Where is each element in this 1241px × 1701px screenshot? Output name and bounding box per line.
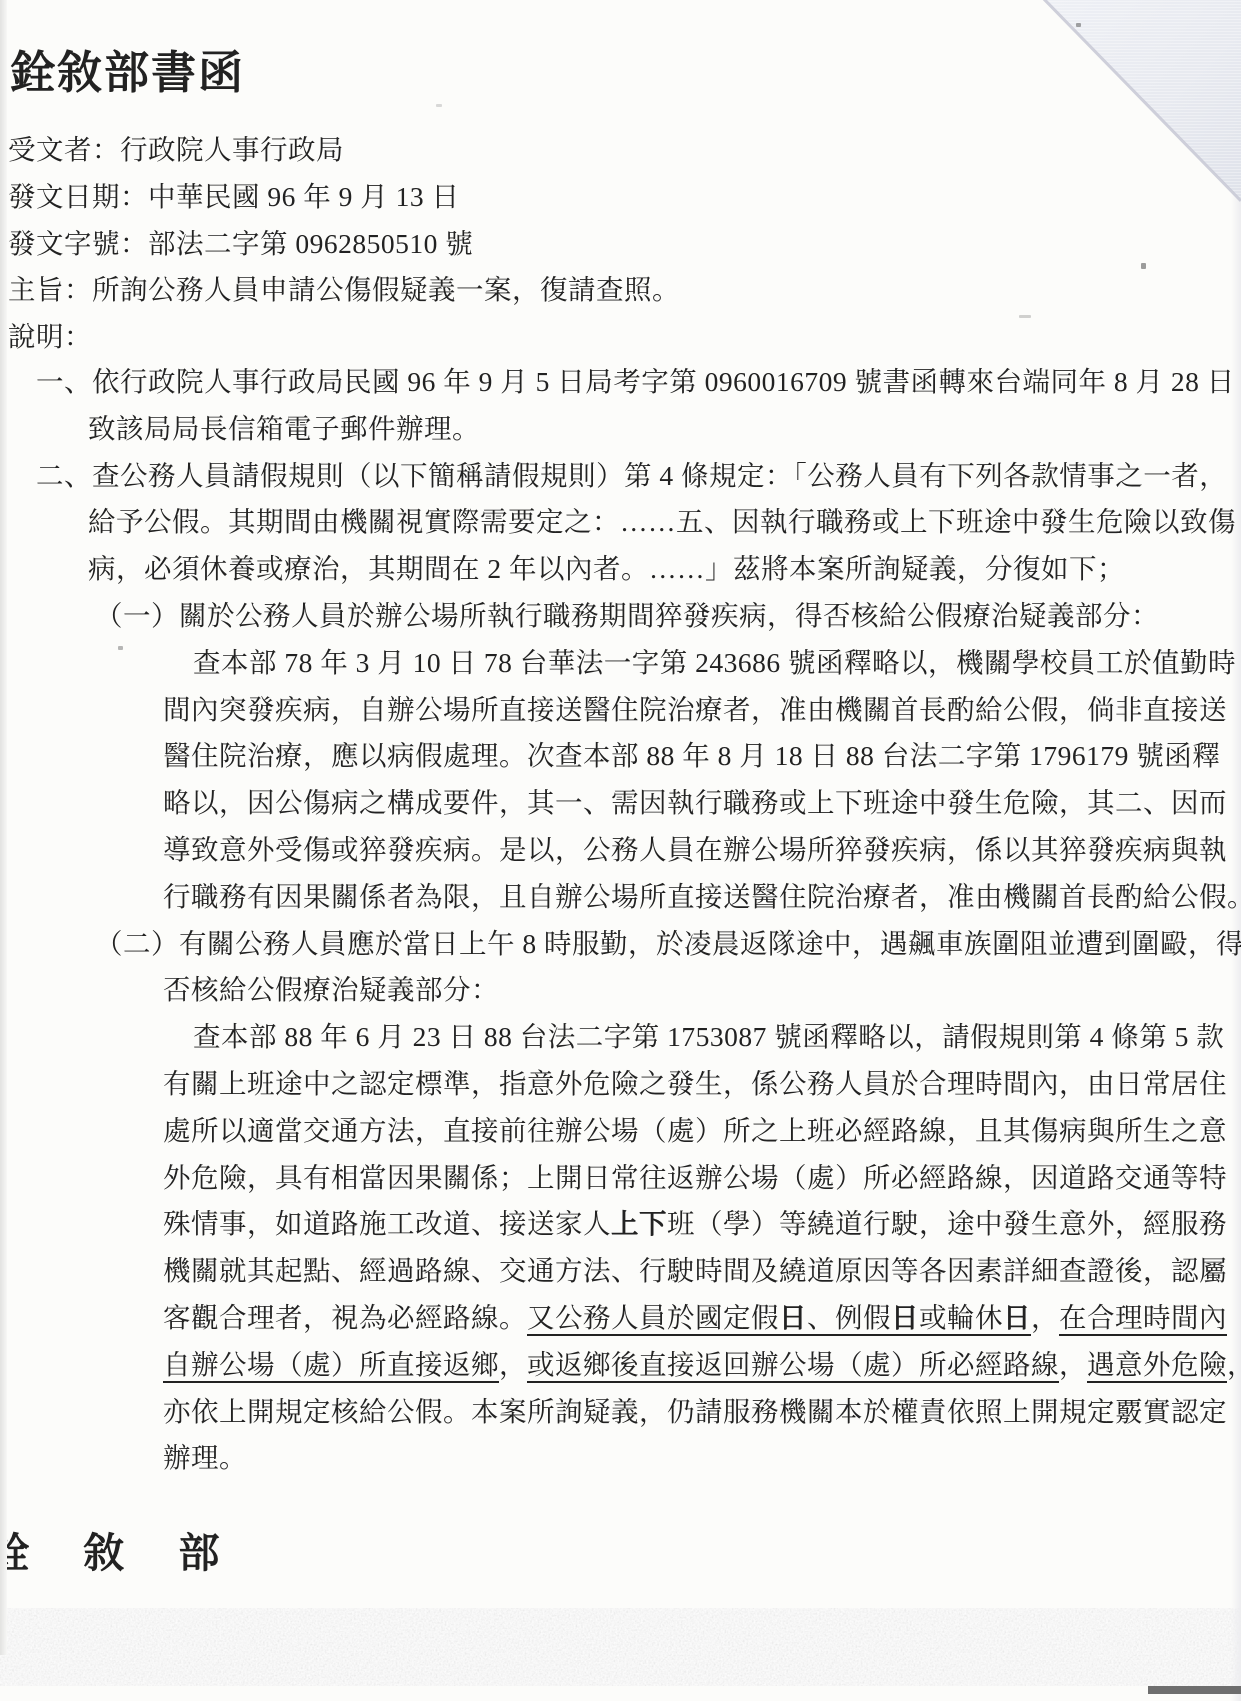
document-title: 銓敘部書函 bbox=[10, 36, 245, 101]
text-segment: 導致意外受傷或猝發疾病。是以，公務人員在辦公場所猝發疾病，係以其猝發疾病與執 bbox=[163, 834, 1227, 865]
text-segment: 醫住院治療，應以病假處理。次查本部 88 年 8 月 18 日 88 台法二字第… bbox=[163, 740, 1220, 771]
text-segment: （二）有關公務人員應於當日上午 8 時服勤，於凌晨返隊途中，遇飆車族圍阻並遭到圍… bbox=[95, 928, 1241, 959]
meta-line: 發文字號：部法二字第 0962850510 號 bbox=[8, 221, 1238, 268]
text-segment: 外危險，具有相當因果關係；上開日常往返辦公場（處）所必經路線，因道路交通等特 bbox=[163, 1162, 1227, 1193]
doc-line: 查本部 78 年 3 月 10 日 78 台華法一字第 243686 號函釋略以… bbox=[193, 640, 1241, 687]
text-segment: 有關上班途中之認定標準，指意外危險之發生，係公務人員於合理時間內，由日常居住 bbox=[163, 1068, 1227, 1099]
text-segment: 日 bbox=[891, 1302, 919, 1336]
doc-line: （一）關於公務人員於辦公場所執行職務期間猝發疾病，得否核給公假療治疑義部分： bbox=[95, 593, 1241, 640]
text-segment: 在合理時間內 bbox=[1059, 1302, 1227, 1336]
doc-line: 亦依上開規定核給公假。本案所詢疑義，仍請服務機關本於權責依照上開規定覈實認定 bbox=[163, 1389, 1241, 1436]
meta-line: 受文者：行政院人事行政局 bbox=[8, 127, 1238, 174]
text-segment: 、例假 bbox=[807, 1302, 891, 1336]
doc-line: 行職務有因果關係者為限，且自辦公場所直接送醫住院治療者，准由機關首長酌給公假。 bbox=[163, 874, 1241, 921]
doc-line: 外危險，具有相當因果關係；上開日常往返辦公場（處）所必經路線，因道路交通等特 bbox=[163, 1155, 1241, 1202]
scan-speck bbox=[1076, 23, 1081, 27]
text-segment: 上下 bbox=[611, 1208, 667, 1239]
text-segment: 間內突發疾病，自辦公場所直接送醫住院治療者，准由機關首長酌給公假，倘非直接送 bbox=[163, 694, 1227, 725]
text-segment: 或返鄉後直接返回辦公場（處）所必經路線 bbox=[527, 1349, 1059, 1383]
scan-speck bbox=[266, 904, 271, 908]
text-segment: 略以，因公傷病之構成要件，其一、需因執行職務或上下班途中發生危險，其二、因而 bbox=[163, 787, 1227, 818]
text-segment: ， bbox=[1031, 1302, 1059, 1333]
scanner-noise-band bbox=[0, 1608, 1241, 1686]
doc-line: 客觀合理者，視為必經路線。又公務人員於國定假日、例假日或輪休日，在合理時間內 bbox=[163, 1295, 1241, 1342]
doc-line: 機關就其起點、經過路線、交通方法、行駛時間及繞道原因等各因素詳細查證後，認屬 bbox=[163, 1248, 1241, 1295]
doc-line: 辦理。 bbox=[163, 1435, 1241, 1482]
body-block: 一、依行政院人事行政局民國 96 年 9 月 5 日局考字第 096001670… bbox=[0, 359, 1241, 1482]
doc-line: 處所以適當交通方法，直接前往辦公場（處）所之上班必經路線，且其傷病與所生之意 bbox=[163, 1108, 1241, 1155]
text-segment: 自辦公場（處）所直接返鄉 bbox=[163, 1349, 499, 1383]
doc-line: 殊情事，如道路施工改道、接送家人上下班（學）等繞道行駛，途中發生意外，經服務 bbox=[163, 1201, 1241, 1248]
scan-speck bbox=[1019, 315, 1031, 318]
text-segment: 病，必須休養或療治，其期間在 2 年以內者。……」茲將本案所詢疑義，分復如下； bbox=[88, 553, 1125, 584]
doc-line: 致該局局長信箱電子郵件辦理。 bbox=[88, 406, 1241, 453]
text-segment: 遇意外危險 bbox=[1087, 1349, 1227, 1383]
text-segment: 或輪休 bbox=[919, 1302, 1003, 1336]
text-segment: 又公務人員於國定假 bbox=[527, 1302, 779, 1336]
meta-line: 主旨：所詢公務人員申請公傷假疑義一案，復請查照。 bbox=[8, 267, 1238, 314]
text-segment: 亦依上開規定核給公假。本案所詢疑義，仍請服務機關本於權責依照上開規定覈實認定 bbox=[163, 1396, 1227, 1427]
doc-line: 自辦公場（處）所直接返鄉，或返鄉後直接返回辦公場（處）所必經路線，遇意外危險， bbox=[163, 1342, 1241, 1389]
doc-line: 導致意外受傷或猝發疾病。是以，公務人員在辦公場所猝發疾病，係以其猝發疾病與執 bbox=[163, 827, 1241, 874]
issuing-agency-signature: 銓 敘 部 bbox=[0, 1520, 242, 1579]
meta-block: 受文者：行政院人事行政局發文日期：中華民國 96 年 9 月 13 日發文字號：… bbox=[8, 127, 1238, 361]
text-segment: 致該局局長信箱電子郵件辦理。 bbox=[88, 413, 480, 444]
text-segment: ， bbox=[499, 1349, 527, 1380]
meta-line: 說明： bbox=[8, 314, 1238, 361]
doc-line: 間內突發疾病，自辦公場所直接送醫住院治療者，准由機關首長酌給公假，倘非直接送 bbox=[163, 687, 1241, 734]
doc-line: 查本部 88 年 6 月 23 日 88 台法二字第 1753087 號函釋略以… bbox=[193, 1014, 1241, 1061]
scan-speck bbox=[118, 646, 123, 650]
scanned-document-page: 銓敘部書函 受文者：行政院人事行政局發文日期：中華民國 96 年 9 月 13 … bbox=[0, 0, 1241, 1701]
doc-line: 病，必須休養或療治，其期間在 2 年以內者。……」茲將本案所詢疑義，分復如下； bbox=[88, 546, 1241, 593]
doc-line: 給予公假。其期間由機關視實際需要定之：……五、因執行職務或上下班途中發生危險以致… bbox=[88, 499, 1241, 546]
text-segment: 處所以適當交通方法，直接前往辦公場（處）所之上班必經路線，且其傷病與所生之意 bbox=[163, 1115, 1227, 1146]
text-segment: 否核給公假療治疑義部分： bbox=[163, 974, 499, 1005]
doc-line: 略以，因公傷病之構成要件，其一、需因執行職務或上下班途中發生危險，其二、因而 bbox=[163, 780, 1241, 827]
text-segment: 給予公假。其期間由機關視實際需要定之：……五、因執行職務或上下班途中發生危險以致… bbox=[88, 506, 1236, 537]
text-segment: ， bbox=[1227, 1349, 1241, 1380]
doc-line: 一、依行政院人事行政局民國 96 年 9 月 5 日局考字第 096001670… bbox=[36, 359, 1241, 406]
text-segment: 日 bbox=[1003, 1302, 1031, 1336]
text-segment: 行職務有因果關係者為限，且自辦公場所直接送醫住院治療者，准由機關首長酌給公假。 bbox=[163, 881, 1241, 912]
text-segment: 一、依行政院人事行政局民國 96 年 9 月 5 日局考字第 096001670… bbox=[36, 366, 1235, 397]
doc-line: 有關上班途中之認定標準，指意外危險之發生，係公務人員於合理時間內，由日常居住 bbox=[163, 1061, 1241, 1108]
doc-line: （二）有關公務人員應於當日上午 8 時服勤，於凌晨返隊途中，遇飆車族圍阻並遭到圍… bbox=[95, 921, 1241, 968]
scan-edge-bar bbox=[1148, 1686, 1241, 1694]
text-segment: 查本部 78 年 3 月 10 日 78 台華法一字第 243686 號函釋略以… bbox=[193, 647, 1236, 678]
text-segment: 查本部 88 年 6 月 23 日 88 台法二字第 1753087 號函釋略以… bbox=[193, 1021, 1224, 1052]
meta-line: 發文日期：中華民國 96 年 9 月 13 日 bbox=[8, 174, 1238, 221]
text-segment: 客觀合理者，視為必經路線。 bbox=[163, 1302, 527, 1333]
doc-line: 醫住院治療，應以病假處理。次查本部 88 年 8 月 18 日 88 台法二字第… bbox=[163, 733, 1241, 780]
scan-speck bbox=[436, 104, 442, 107]
scan-speck bbox=[1141, 263, 1146, 269]
text-segment: 班（學）等繞道行駛，途中發生意外，經服務 bbox=[667, 1208, 1227, 1239]
text-segment: 辦理。 bbox=[163, 1442, 247, 1473]
doc-line: 否核給公假療治疑義部分： bbox=[163, 967, 1241, 1014]
text-segment: （一）關於公務人員於辦公場所執行職務期間猝發疾病，得否核給公假療治疑義部分： bbox=[95, 600, 1159, 631]
text-segment: 二、查公務人員請假規則（以下簡稱請假規則）第 4 條規定：「公務人員有下列各款情… bbox=[36, 460, 1227, 491]
left-edge-shadow bbox=[0, 0, 7, 1655]
text-segment: 殊情事，如道路施工改道、接送家人 bbox=[163, 1208, 611, 1239]
text-segment: ， bbox=[1059, 1349, 1087, 1380]
text-segment: 機關就其起點、經過路線、交通方法、行駛時間及繞道原因等各因素詳細查證後，認屬 bbox=[163, 1255, 1227, 1286]
doc-line: 二、查公務人員請假規則（以下簡稱請假規則）第 4 條規定：「公務人員有下列各款情… bbox=[36, 453, 1241, 500]
text-segment: 日 bbox=[779, 1302, 807, 1336]
